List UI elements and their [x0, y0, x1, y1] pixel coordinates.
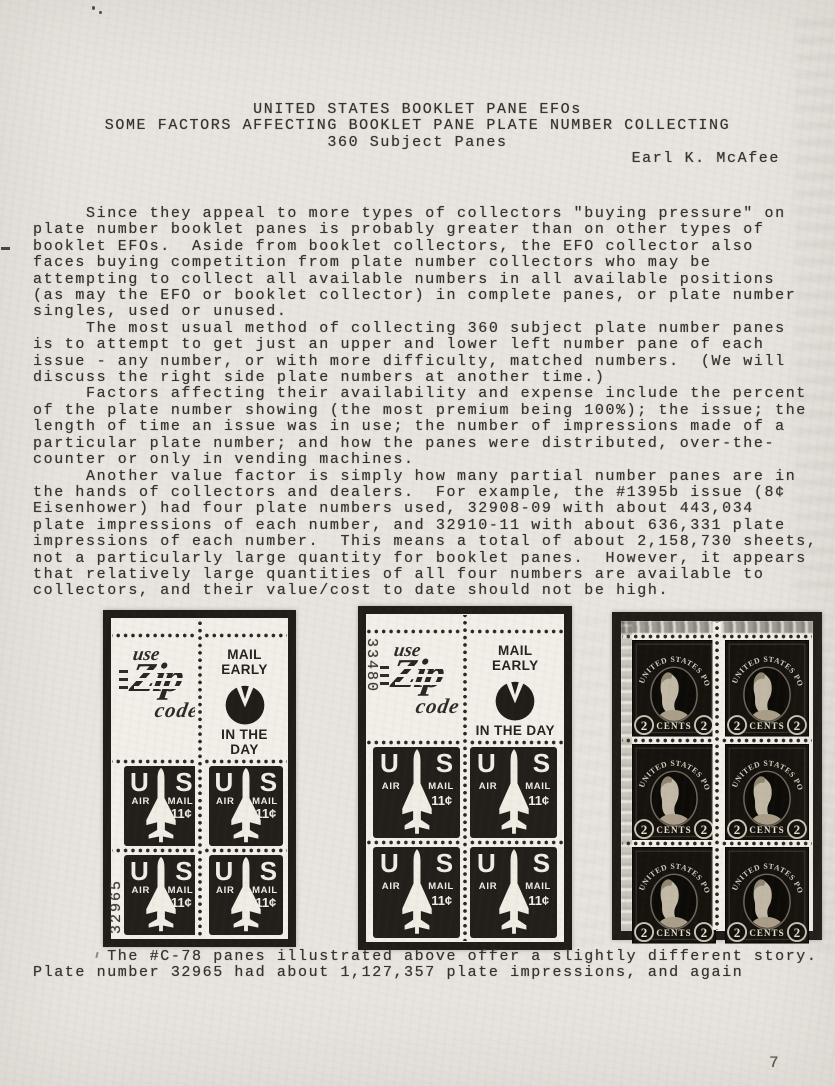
perforation-line — [460, 615, 470, 941]
stamp-letter-u: U — [477, 748, 496, 779]
washington-2c-stamp — [632, 847, 716, 944]
stamp-letter-s: S — [175, 856, 192, 887]
stamp-letter-u: U — [214, 856, 233, 887]
stamp-mail-label: MAIL — [252, 796, 278, 807]
perforation-line — [195, 619, 205, 938]
author-name: Earl K. McAfee — [0, 151, 780, 167]
stamp-air-label: AIR — [131, 796, 150, 807]
mail-early-top-text: MAIL EARLY — [474, 643, 558, 673]
washington-2c-stamp — [725, 744, 809, 841]
stamp-value: 11¢ — [431, 893, 452, 908]
body-text: Since they appeal to more types of colle… — [33, 206, 823, 600]
mail-early-label: MAIL EARLY IN THE DAY — [206, 640, 283, 757]
plate-number: 32965 — [108, 879, 125, 934]
stamp-value: 11¢ — [171, 806, 192, 821]
stamp-letter-s: S — [260, 856, 277, 887]
booklet-pane-airmail-left: 32965 use Zip code MAIL EARLY IN THE DAY — [103, 610, 296, 947]
airmail-11c-stamp: U S AIR MAIL 11¢ — [470, 747, 557, 838]
stamp-air-label: AIR — [382, 781, 401, 792]
stamp-letter-s: S — [533, 848, 550, 879]
mail-early-top-text: MAIL EARLY — [206, 647, 283, 677]
title-line-2: SOME FACTORS AFFECTING BOOKLET PANE PLAT… — [0, 118, 835, 134]
mail-early-bottom-text: IN THE DAY — [474, 723, 558, 738]
title-line-3: 360 Subject Panes — [0, 135, 835, 151]
stamp-mail-label: MAIL — [252, 885, 278, 896]
booklet-pane-washington — [612, 612, 822, 940]
stamp-value: 11¢ — [255, 806, 276, 821]
stamp-letter-s: S — [533, 748, 550, 779]
airmail-11c-stamp: U S AIR MAIL 11¢ — [124, 766, 199, 846]
stamp-air-label: AIR — [216, 885, 235, 896]
airmail-11c-stamp: U S AIR MAIL 11¢ — [373, 747, 460, 838]
scan-smudge — [621, 621, 632, 931]
airmail-11c-stamp: U S AIR MAIL 11¢ — [209, 855, 284, 935]
stamp-value: 11¢ — [431, 793, 452, 808]
stamp-air-label: AIR — [479, 881, 498, 892]
stamp-value: 11¢ — [171, 895, 192, 910]
stamp-air-label: AIR — [479, 781, 498, 792]
stamp-letter-u: U — [130, 856, 149, 887]
washington-2c-stamp — [725, 847, 809, 944]
zip-code-label: use Zip code — [119, 640, 196, 757]
stamp-value: 11¢ — [255, 895, 276, 910]
stamp-air-label: AIR — [131, 885, 150, 896]
zip-word-code: code — [414, 694, 462, 719]
stamp-air-label: AIR — [382, 881, 401, 892]
stamp-value: 11¢ — [528, 793, 549, 808]
airmail-11c-stamp: U S AIR MAIL 11¢ — [470, 847, 557, 938]
stamp-letter-u: U — [214, 767, 233, 798]
zip-word-code: code — [153, 698, 196, 723]
ink-bleedthrough — [578, 618, 606, 948]
caption-text: The #C-78 panes illustrated above offer … — [33, 949, 823, 982]
stamp-letter-s: S — [436, 848, 453, 879]
washington-2c-stamp — [725, 640, 809, 737]
stamp-value: 11¢ — [528, 893, 549, 908]
stamp-letter-u: U — [130, 767, 149, 798]
plate-number: 33480 — [363, 638, 380, 693]
airmail-11c-stamp: U S AIR MAIL 11¢ — [124, 855, 199, 935]
paragraph: Factors affecting their availability and… — [33, 386, 823, 468]
mail-early-label: MAIL EARLY IN THE DAY — [474, 636, 558, 738]
stamp-letter-s: S — [260, 767, 277, 798]
paragraph: Another value factor is simply how many … — [33, 469, 823, 600]
title-line-1: UNITED STATES BOOKLET PANE EFOs — [0, 102, 835, 118]
stamp-letter-u: U — [477, 848, 496, 879]
perforation-line — [713, 622, 722, 930]
airmail-11c-stamp: U S AIR MAIL 11¢ — [209, 766, 284, 846]
stamp-letter-u: U — [380, 848, 399, 879]
booklet-pane-airmail-middle: 33480 use Zip code MAIL EARLY IN THE DAY — [358, 606, 572, 950]
stamp-letter-s: S — [436, 748, 453, 779]
stamp-mail-label: MAIL — [525, 881, 551, 892]
paragraph: The most usual method of collecting 360 … — [33, 321, 823, 387]
stamp-mail-label: MAIL — [428, 881, 454, 892]
stamp-letter-s: S — [175, 767, 192, 798]
stamp-mail-label: MAIL — [168, 796, 194, 807]
mail-early-bottom-text: IN THE DAY — [206, 727, 283, 757]
airmail-11c-stamp: U S AIR MAIL 11¢ — [373, 847, 460, 938]
scan-dash-mark — [1, 247, 10, 250]
zip-word-zip: Zip — [127, 657, 185, 697]
zip-word-zip: Zip — [388, 653, 446, 693]
stamp-mail-label: MAIL — [168, 885, 194, 896]
page-number: 7 — [769, 1055, 780, 1071]
paragraph: Since they appeal to more types of colle… — [33, 206, 823, 321]
washington-2c-stamp — [632, 744, 716, 841]
stamp-mail-label: MAIL — [428, 781, 454, 792]
zip-code-label: use Zip code — [380, 636, 464, 738]
washington-2c-stamp — [632, 640, 716, 737]
stamp-mail-label: MAIL — [525, 781, 551, 792]
stamp-air-label: AIR — [216, 796, 235, 807]
stamp-letter-u: U — [380, 748, 399, 779]
scan-speck — [92, 6, 104, 18]
title-block: UNITED STATES BOOKLET PANE EFOs SOME FAC… — [0, 102, 835, 151]
